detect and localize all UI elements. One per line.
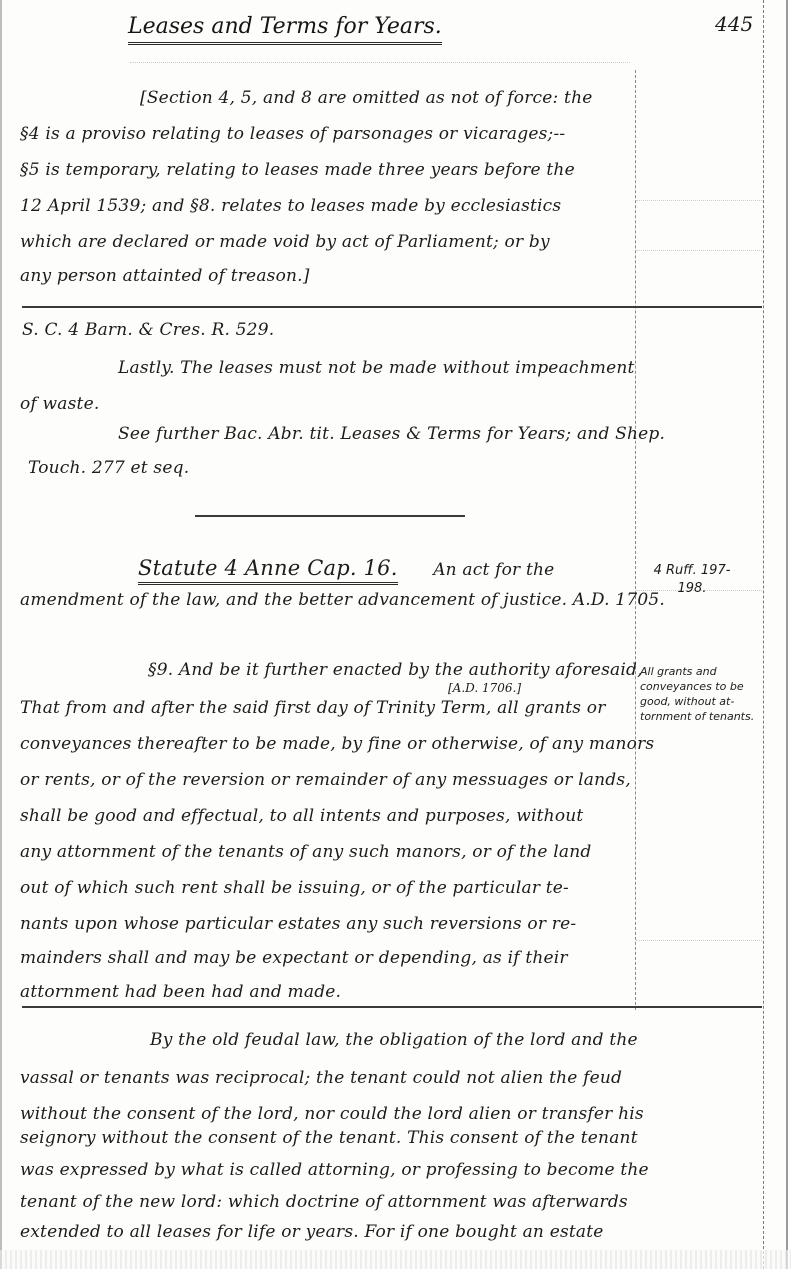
section-divider (22, 306, 762, 308)
text-line: was expressed by what is called attornin… (20, 1160, 649, 1180)
text-line: 12 April 1539; and §8. relates to leases… (20, 196, 561, 216)
page-number: 445 (715, 12, 753, 36)
text-span: That from and after the said first day o… (20, 698, 606, 718)
text-line: tenant of the new lord: which doctrine o… (20, 1192, 628, 1212)
margin-note-line: conveyances to be (640, 679, 760, 694)
text-line: without the consent of the lord, nor cou… (20, 1104, 644, 1124)
text-line: extended to all leases for life or years… (20, 1222, 604, 1242)
text-line: shall be good and effectual, to all inte… (20, 806, 583, 826)
text-line: §5 is temporary, relating to leases made… (20, 160, 575, 180)
text-line: which are declared or made void by act o… (20, 232, 550, 252)
text-line: mainders shall and may be expectant or d… (20, 948, 568, 968)
text-line: §4 is a proviso relating to leases of pa… (20, 124, 565, 144)
text-line: out of which such rent shall be issuing,… (20, 878, 569, 898)
statute-heading-line: Statute 4 Anne Cap. 16. An act for the (138, 556, 554, 580)
text-line: [Section 4, 5, and 8 are omitted as not … (140, 88, 593, 108)
statute-heading: Statute 4 Anne Cap. 16. (138, 556, 398, 585)
text-line: of waste. (20, 394, 99, 414)
margin-rule (635, 70, 636, 1010)
text-line: seignory without the consent of the tena… (20, 1128, 638, 1148)
text-line: See further Bac. Abr. tit. Leases & Term… (118, 424, 665, 444)
scan-left-edge (0, 0, 2, 1269)
margin-ref-line: 4 Ruff. 197- (642, 562, 742, 580)
ruled-line (636, 940, 762, 941)
text-line: nants upon whose particular estates any … (20, 914, 576, 934)
text-line: By the old feudal law, the obligation of… (150, 1030, 638, 1050)
text-line: That from and after the said first day o… (20, 698, 606, 718)
margin-note-line: tornment of tenants. (640, 709, 760, 724)
scan-noise (0, 1250, 791, 1269)
page-title: Leases and Terms for Years. (128, 14, 442, 45)
text-line: any person attainted of treason.] (20, 266, 310, 286)
outer-margin-rule (763, 0, 764, 1269)
text-line: vassal or tenants was reciprocal; the te… (20, 1068, 622, 1088)
ruled-line (130, 62, 630, 63)
text-line: Lastly. The leases must not be made with… (118, 358, 635, 378)
section-divider (22, 1006, 762, 1008)
margin-note-line: good, without at- (640, 694, 760, 709)
text-line: Touch. 277 et seq. (28, 458, 189, 478)
ruled-line (636, 250, 762, 251)
ruled-line (636, 200, 762, 201)
margin-note-line: All grants and (640, 664, 760, 679)
text-line: or rents, or of the reversion or remaind… (20, 770, 631, 790)
insertion-note: [A.D. 1706.] (448, 681, 521, 695)
statute-heading-rest: An act for the (433, 560, 554, 580)
short-divider (195, 515, 465, 517)
case-citation: S. C. 4 Barn. & Cres. R. 529. (22, 320, 274, 340)
text-line: amendment of the law, and the better adv… (20, 590, 665, 610)
margin-ref-line: 198. (642, 580, 742, 598)
text-line: any attornment of the tenants of any suc… (20, 842, 591, 862)
margin-note: All grants and conveyances to be good, w… (640, 664, 760, 724)
text-line: §9. And be it further enacted by the aut… (148, 660, 643, 680)
manuscript-page: Leases and Terms for Years. 445 [Section… (0, 0, 791, 1269)
text-line: attornment had been had and made. (20, 982, 341, 1002)
text-line: conveyances thereafter to be made, by fi… (20, 734, 654, 754)
page-edge-rule (786, 0, 788, 1269)
margin-reference: 4 Ruff. 197- 198. (642, 562, 742, 598)
